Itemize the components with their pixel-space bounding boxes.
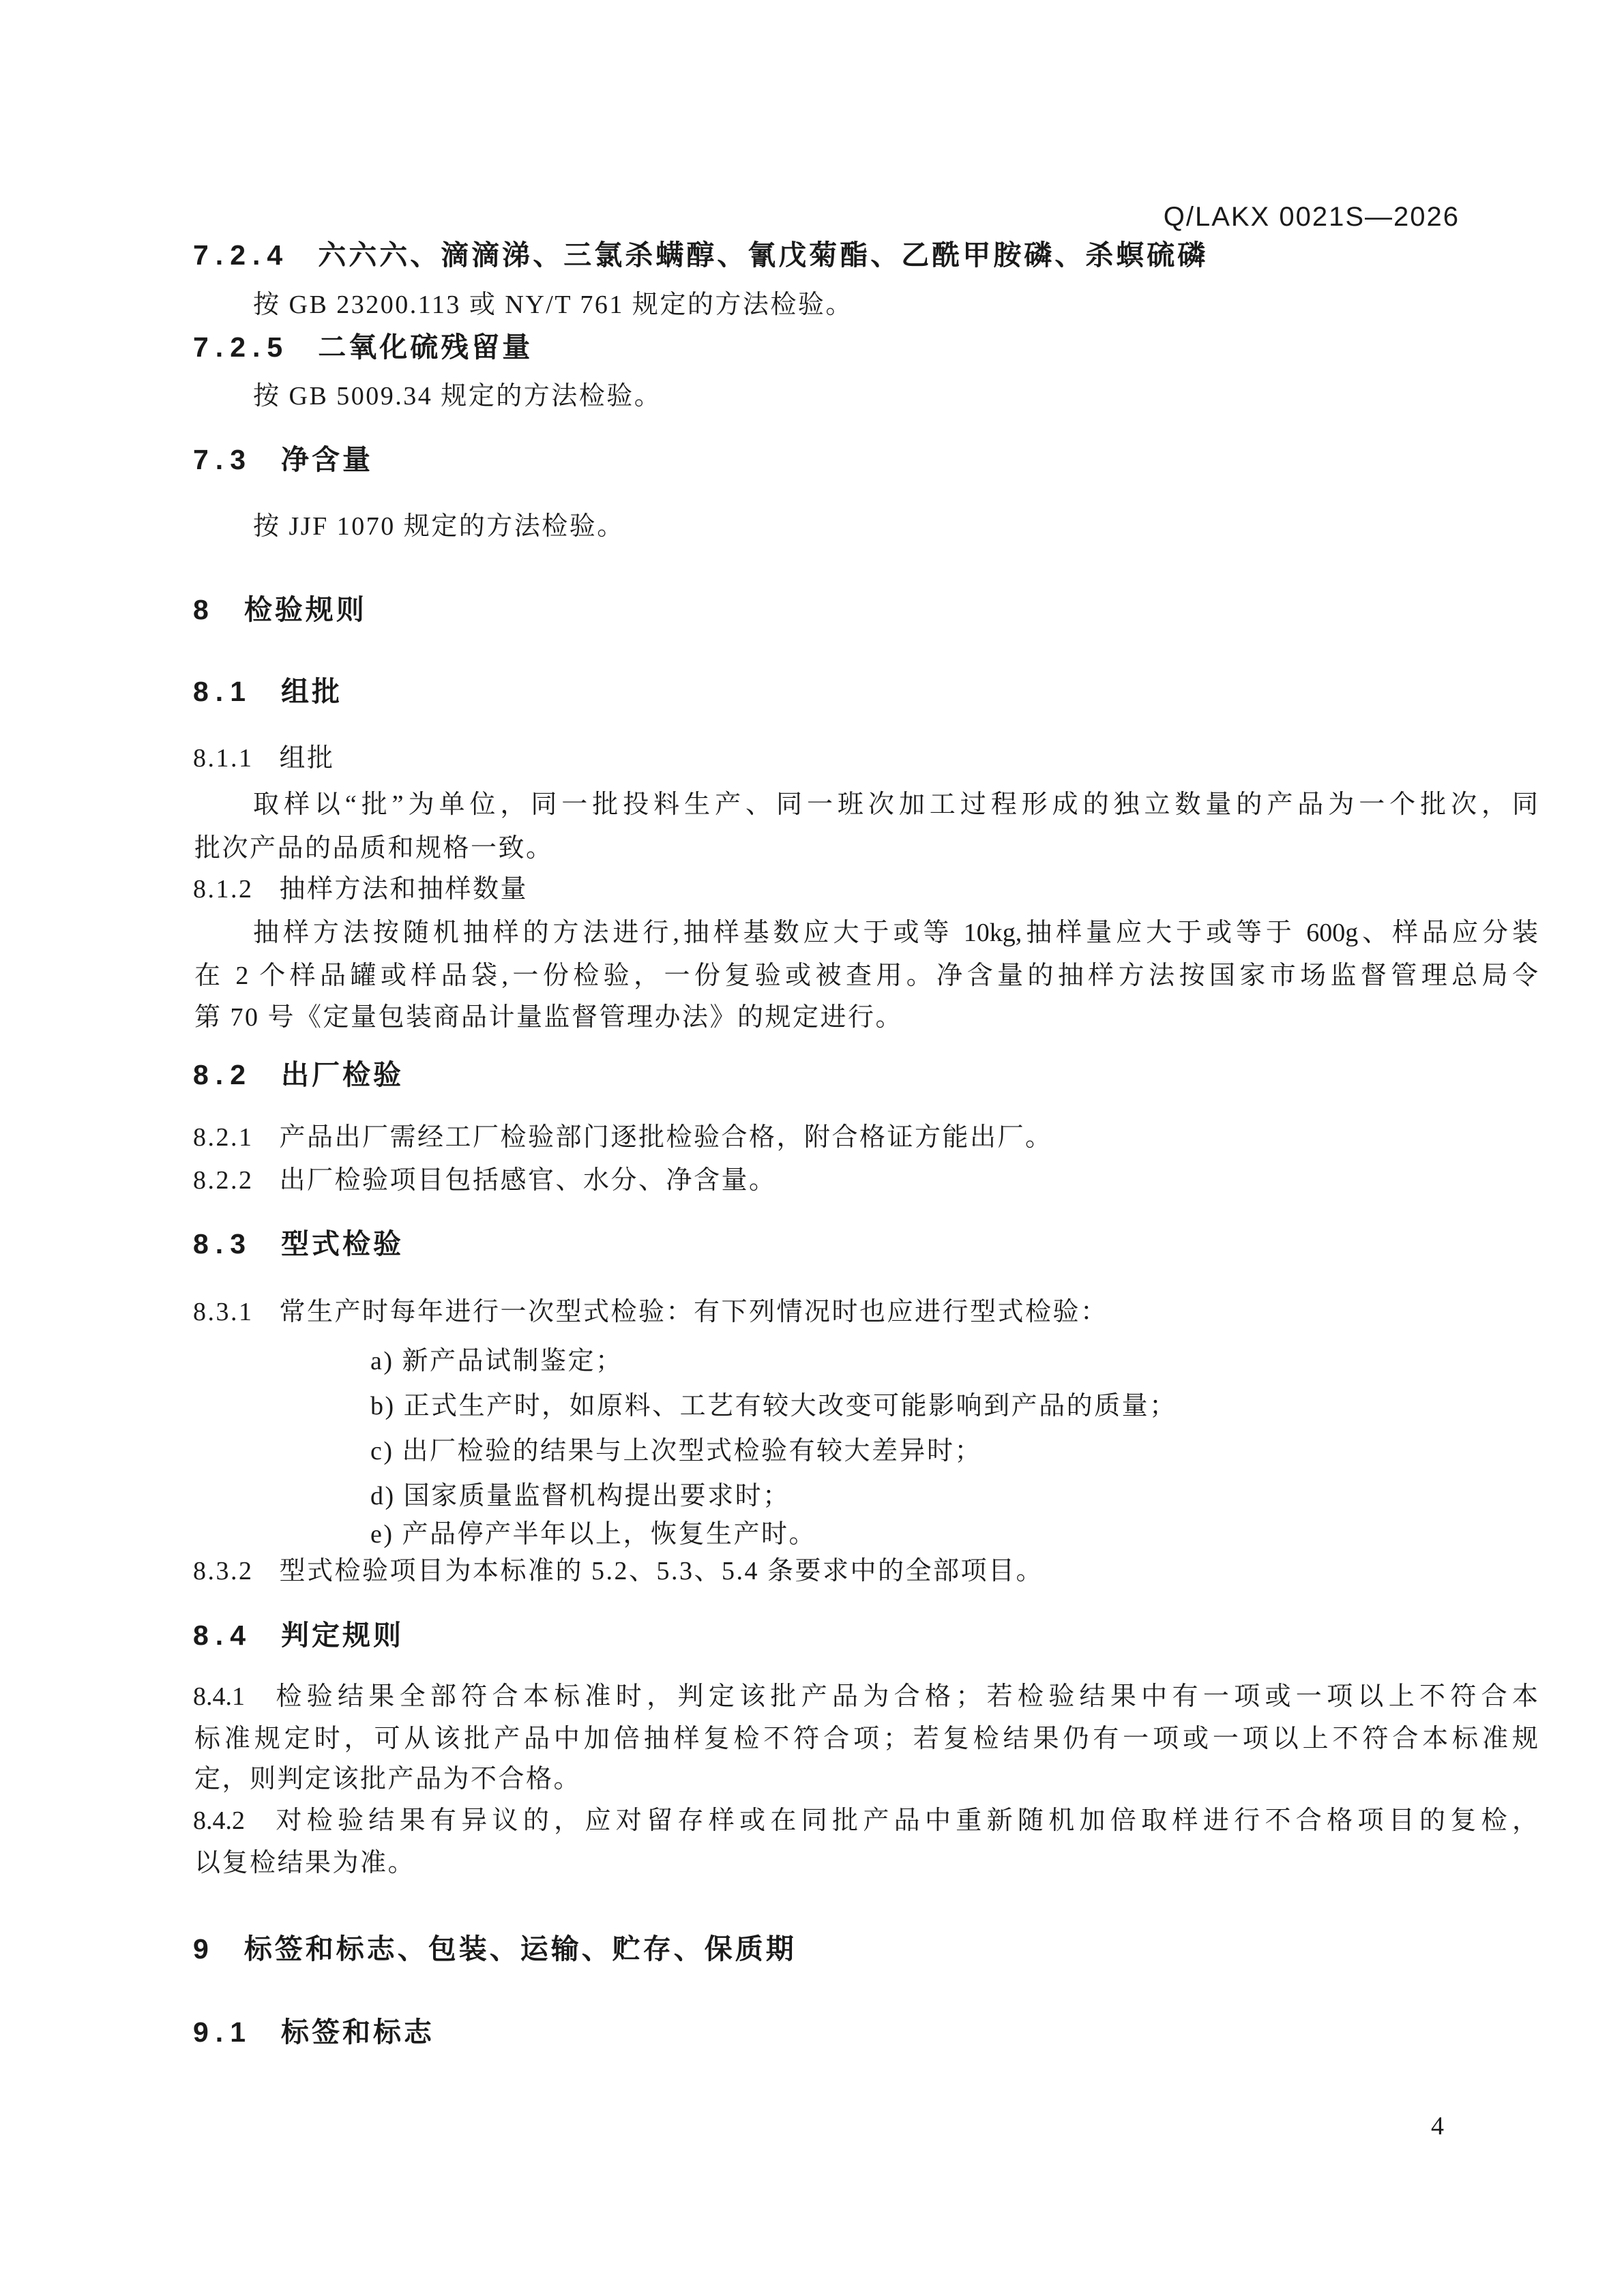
paragraph-7-2-5: 按 GB 5009.34 规定的方法检验。 bbox=[253, 378, 662, 414]
clause-number: 8.1 bbox=[193, 676, 252, 707]
clause-number: 7.3 bbox=[193, 444, 252, 475]
paragraph-8-1-2-line3: 第 70 号《定量包装商品计量监督管理办法》的规定进行。 bbox=[194, 1000, 903, 1035]
doc-header-code: Q/LAKX 0021S—2026 bbox=[1164, 202, 1460, 233]
section-heading-8: 8检验规则 bbox=[193, 592, 367, 627]
clause-8-3-2: 8.3.2型式检验项目为本标准的 5.2、5.3、5.4 条要求中的全部项目。 bbox=[193, 1553, 1044, 1589]
paragraph-7-2-4: 按 GB 23200.113 或 NY/T 761 规定的方法检验。 bbox=[253, 287, 853, 323]
clause-number: 8.3.2 bbox=[193, 1557, 254, 1585]
clause-title: 型式检验 bbox=[281, 1228, 404, 1259]
clause-text: 对检验结果有异议的，应对留存样或在同批产品中重新随机加倍取样进行不合格项目的复检… bbox=[271, 1806, 1538, 1835]
section-heading-8-4: 8.4判定规则 bbox=[193, 1617, 404, 1653]
paragraph-8-4-1-line2: 标准规定时，可从该批产品中加倍抽样复检不符合项；若复检结果仍有一项或一项以上不符… bbox=[194, 1721, 1538, 1757]
clause-number: 7.2.4 bbox=[193, 239, 289, 271]
clause-number: 8.2.2 bbox=[193, 1166, 254, 1195]
clause-title: 二氧化硫残留量 bbox=[318, 331, 533, 363]
clause-number: 9 bbox=[193, 1933, 216, 1965]
paragraph-7-3: 按 JJF 1070 规定的方法检验。 bbox=[253, 509, 625, 544]
clause-number: 8.4.1 bbox=[193, 1682, 245, 1711]
section-heading-7-2-4: 7.2.4六六六、滴滴涕、三氯杀螨醇、氰戊菊酯、乙酰甲胺磷、杀螟硫磷 bbox=[193, 237, 1208, 273]
section-heading-9: 9标签和标志、包装、运输、贮存、保质期 bbox=[193, 1931, 797, 1967]
list-item-b: b) 正式生产时，如原料、工艺有较大改变可能影响到产品的质量； bbox=[370, 1388, 1177, 1424]
section-heading-7-3: 7.3净含量 bbox=[193, 442, 373, 477]
section-heading-7-2-5: 7.2.5二氧化硫残留量 bbox=[193, 329, 533, 365]
clause-title: 标签和标志 bbox=[281, 2016, 434, 2048]
clause-number: 8.1.2 bbox=[193, 875, 254, 904]
clause-number: 7.2.5 bbox=[193, 331, 289, 363]
clause-8-2-1: 8.2.1产品出厂需经工厂检验部门逐批检验合格，附合格证方能出厂。 bbox=[193, 1120, 1053, 1155]
section-heading-8-1: 8.1组批 bbox=[193, 674, 342, 709]
clause-text: 检验结果全部符合本标准时，判定该批产品为合格；若检验结果中有一项或一项以上不符合… bbox=[271, 1682, 1538, 1711]
clause-8-1-1: 8.1.1组批 bbox=[193, 741, 335, 776]
clause-title: 标签和标志、包装、运输、贮存、保质期 bbox=[244, 1933, 797, 1965]
page-number: 4 bbox=[1431, 2111, 1444, 2141]
clause-number: 8.3.1 bbox=[193, 1298, 254, 1326]
list-item-a: a) 新产品试制鉴定； bbox=[370, 1343, 623, 1379]
section-heading-8-2: 8.2出厂检验 bbox=[193, 1057, 404, 1092]
paragraph-8-1-2-line2: 在 2 个样品罐或样品袋,一份检验，一份复验或被查用。净含量的抽样方法按国家市场… bbox=[194, 958, 1538, 994]
list-item-d: d) 国家质量监督机构提出要求时； bbox=[370, 1478, 791, 1514]
clause-title: 检验规则 bbox=[244, 594, 367, 625]
paragraph-8-1-1-line1: 取样以“批”为单位，同一批投料生产、同一班次加工过程形成的独立数量的产品为一个批… bbox=[253, 787, 1538, 822]
clause-title: 出厂检验 bbox=[281, 1059, 404, 1090]
clause-title: 抽样方法和抽样数量 bbox=[280, 875, 529, 904]
clause-text: 产品出厂需经工厂检验部门逐批检验合格，附合格证方能出厂。 bbox=[280, 1123, 1053, 1152]
paragraph-8-1-2-line1: 抽样方法按随机抽样的方法进行,抽样基数应大于或等 10kg,抽样量应大于或等于 … bbox=[253, 915, 1538, 951]
paragraph-8-4-1-line3: 定，则判定该批产品为不合格。 bbox=[194, 1761, 581, 1797]
clause-number: 8 bbox=[193, 594, 216, 625]
document-page: Q/LAKX 0021S—2026 7.2.4六六六、滴滴涕、三氯杀螨醇、氰戊菊… bbox=[0, 0, 1624, 2296]
clause-number: 8.1.1 bbox=[193, 744, 254, 773]
clause-number: 9.1 bbox=[193, 2016, 252, 2048]
clause-number: 8.2 bbox=[193, 1059, 252, 1090]
clause-title: 组批 bbox=[281, 676, 342, 707]
paragraph-8-4-2-line2: 以复检结果为准。 bbox=[194, 1845, 415, 1881]
clause-8-1-2: 8.1.2抽样方法和抽样数量 bbox=[193, 871, 528, 907]
clause-title: 组批 bbox=[280, 744, 335, 773]
clause-number: 8.4.2 bbox=[193, 1806, 245, 1835]
clause-number: 8.2.1 bbox=[193, 1123, 254, 1152]
clause-title: 净含量 bbox=[281, 444, 373, 475]
list-item-e: e) 产品停产半年以上，恢复生产时。 bbox=[370, 1517, 816, 1552]
clause-number: 8.3 bbox=[193, 1228, 252, 1259]
clause-text: 型式检验项目为本标准的 5.2、5.3、5.4 条要求中的全部项目。 bbox=[280, 1557, 1044, 1585]
clause-text: 常生产时每年进行一次型式检验：有下列情况时也应进行型式检验： bbox=[280, 1298, 1108, 1326]
clause-8-4-1: 8.4.1检验结果全部符合本标准时，判定该批产品为合格；若检验结果中有一项或一项… bbox=[193, 1679, 1538, 1714]
clause-title: 六六六、滴滴涕、三氯杀螨醇、氰戊菊酯、乙酰甲胺磷、杀螟硫磷 bbox=[318, 239, 1208, 271]
clause-title: 判定规则 bbox=[281, 1620, 404, 1651]
section-heading-8-3: 8.3型式检验 bbox=[193, 1226, 404, 1262]
clause-number: 8.4 bbox=[193, 1620, 252, 1651]
clause-8-4-2: 8.4.2对检验结果有异议的，应对留存样或在同批产品中重新随机加倍取样进行不合格… bbox=[193, 1803, 1538, 1838]
clause-text: 出厂检验项目包括感官、水分、净含量。 bbox=[280, 1166, 777, 1195]
clause-8-2-2: 8.2.2出厂检验项目包括感官、水分、净含量。 bbox=[193, 1163, 777, 1198]
list-item-c: c) 出厂检验的结果与上次型式检验有较大差异时； bbox=[370, 1433, 982, 1469]
clause-8-3-1: 8.3.1常生产时每年进行一次型式检验：有下列情况时也应进行型式检验： bbox=[193, 1294, 1108, 1330]
paragraph-8-1-1-line2: 批次产品的品质和规格一致。 bbox=[194, 831, 554, 866]
section-heading-9-1: 9.1标签和标志 bbox=[193, 2014, 434, 2050]
